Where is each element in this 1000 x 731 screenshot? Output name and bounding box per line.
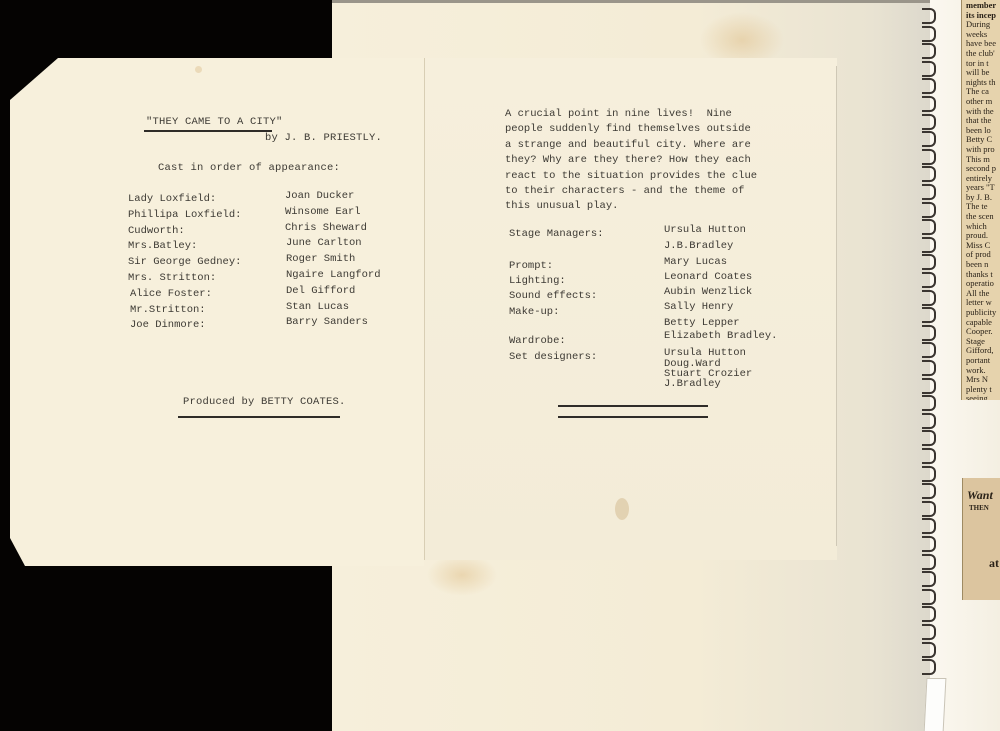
clipping-text-line: plenty t <box>962 384 1000 394</box>
crew-member: Leonard Coates <box>664 271 752 283</box>
crew-member: Elizabeth Bradley. <box>664 330 777 342</box>
clipping-footer: at <box>989 556 999 571</box>
clipping-text-line: thanks t <box>962 269 1000 279</box>
clipping-text-line: with the <box>962 106 1000 116</box>
crew-member: Sally Henry <box>664 301 733 313</box>
clipping-text-line: work. <box>962 365 1000 375</box>
cast-role: Mrs. Stritton: <box>128 272 216 284</box>
cast-actor: Winsome Earl <box>285 206 361 218</box>
cast-role: Joe Dinmore: <box>130 319 206 331</box>
spiral-binding-icon <box>918 0 942 700</box>
clipping-text-line: member <box>962 0 1000 10</box>
crew-role: Set designers: <box>509 351 597 363</box>
play-synopsis: A crucial point in nine lives! Nine peop… <box>505 107 805 215</box>
clipping-text-line: publicity <box>962 307 1000 317</box>
cast-actor: Ngaire Langford <box>286 269 381 281</box>
clipping-text-line: have bee <box>962 38 1000 48</box>
crew-member: Aubin Wenzlick <box>664 286 752 298</box>
clipping-text-line: tor in t <box>962 58 1000 68</box>
crew-role: Prompt: <box>509 260 553 272</box>
page-edge-shadow <box>332 0 932 3</box>
clipping-text-line: During <box>962 19 1000 29</box>
clipping-text-line: entirely <box>962 173 1000 183</box>
cast-role: Mrs.Batley: <box>128 240 197 252</box>
cast-actor: Joan Ducker <box>285 190 354 202</box>
cast-heading: Cast in order of appearance: <box>158 162 340 174</box>
end-rule-1 <box>558 405 708 407</box>
clipping-text-line: been lo <box>962 125 1000 135</box>
cast-role: Sir George Gedney: <box>128 256 241 268</box>
title-underline <box>144 130 272 132</box>
play-author: by J. B. PRIESTLY. <box>265 132 382 144</box>
clipping-text-line: The te <box>962 201 1000 211</box>
cast-actor: Chris Sheward <box>285 222 367 234</box>
clipping-text-line: letter w <box>962 297 1000 307</box>
clipping-text-line: proud. <box>962 230 1000 240</box>
paper-stain <box>195 66 202 73</box>
cast-role: Mr.Stritton: <box>130 304 206 316</box>
newspaper-clipping-lower: Want THEN at <box>963 478 1000 600</box>
clipping-text-line: the scen <box>962 211 1000 221</box>
clipping-text-line: with pro <box>962 144 1000 154</box>
crew-member: Mary Lucas <box>664 256 727 268</box>
clipping-subline: THEN <box>969 504 989 512</box>
crew-member: Ursula Hutton <box>664 224 746 236</box>
cast-role: Alice Foster: <box>130 288 212 300</box>
programme-left-page: "THEY CAME TO A CITY" by J. B. PRIESTLY.… <box>10 58 424 566</box>
cast-role: Cudworth: <box>128 225 185 237</box>
clipping-text-line: Betty C <box>962 134 1000 144</box>
crew-member: J.Bradley <box>664 378 721 390</box>
binding-tab <box>924 678 947 731</box>
clipping-text-line: Stage <box>962 336 1000 346</box>
clipping-text-line: Gifford, <box>962 345 1000 355</box>
end-rule-2 <box>558 416 708 418</box>
cast-actor: Stan Lucas <box>286 301 349 313</box>
clipping-text-line: other m <box>962 96 1000 106</box>
clipping-text-line: seeing <box>962 393 1000 400</box>
clipping-text-line: Cooper. <box>962 326 1000 336</box>
clipping-text-line: of prod <box>962 249 1000 259</box>
clipping-text-line: will be <box>962 67 1000 77</box>
newspaper-clipping-upper: memberits incepDuringweekshave beethe cl… <box>962 0 1000 400</box>
producer-credit: Produced by BETTY COATES. <box>183 396 346 408</box>
theatre-programme: "THEY CAME TO A CITY" by J. B. PRIESTLY.… <box>10 58 836 566</box>
play-title: "THEY CAME TO A CITY" <box>146 116 283 128</box>
clipping-text-line: capable <box>962 317 1000 327</box>
clipping-text-line: Miss C <box>962 240 1000 250</box>
crew-role: Sound effects: <box>509 290 597 302</box>
cast-role: Lady Loxfield: <box>128 193 216 205</box>
clipping-text-line: nights th <box>962 77 1000 87</box>
clipping-text-line: years "T <box>962 182 1000 192</box>
programme-right-page: A crucial point in nine lives! Nine peop… <box>424 58 837 560</box>
cast-actor: June Carlton <box>286 237 362 249</box>
clipping-text-line: which <box>962 221 1000 231</box>
clipping-text-line: that the <box>962 115 1000 125</box>
clipping-text-line: Mrs N <box>962 374 1000 384</box>
crew-member: Betty Lepper <box>664 317 740 329</box>
clipping-text-line: The ca <box>962 86 1000 96</box>
clipping-text-line: its incep <box>962 10 1000 20</box>
cast-actor: Barry Sanders <box>286 316 368 328</box>
clipping-text-line: This m <box>962 154 1000 164</box>
cast-role: Phillipa Loxfield: <box>128 209 241 221</box>
clipping-text-line: by J. B. <box>962 192 1000 202</box>
clipping-text-line: All the <box>962 288 1000 298</box>
cast-actor: Roger Smith <box>286 253 355 265</box>
crew-member: J.B.Bradley <box>664 240 733 252</box>
clipping-text-line: operatio <box>962 278 1000 288</box>
clipping-text-line: been n <box>962 259 1000 269</box>
crew-role: Make-up: <box>509 306 559 318</box>
crew-role: Lighting: <box>509 275 566 287</box>
crew-role: Stage Managers: <box>509 228 604 240</box>
clipping-text-line: weeks <box>962 29 1000 39</box>
paper-stain <box>615 498 629 520</box>
clipping-text-line: second p <box>962 163 1000 173</box>
clipping-headline: Want <box>967 488 993 503</box>
producer-underline <box>178 416 340 418</box>
crew-role: Wardrobe: <box>509 335 566 347</box>
cast-actor: Del Gifford <box>286 285 355 297</box>
clipping-text-line: portant <box>962 355 1000 365</box>
clipping-text-line: the club' <box>962 48 1000 58</box>
